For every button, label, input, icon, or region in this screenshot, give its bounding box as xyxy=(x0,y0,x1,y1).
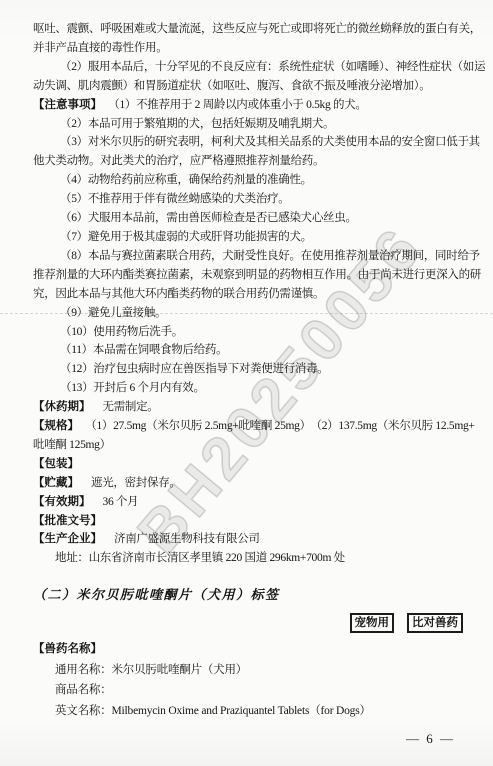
section-label: 【生产企业】 xyxy=(33,533,102,545)
section-label: 【注意事项】 xyxy=(33,99,102,111)
badge-compare-vet-drug: 比对兽药 xyxy=(407,613,463,633)
doc-line: （13）开封后 6 个月内有效。 xyxy=(33,379,465,398)
badge-row: 宠物用 比对兽药 xyxy=(33,613,465,633)
field-generic-name: 通用名称：米尔贝肟吡喹酮片（犬用） xyxy=(33,660,465,681)
doc-line: （10）使用药物后洗手。 xyxy=(33,323,465,342)
section-label: 【有效期】 xyxy=(33,496,91,508)
section-label: 【规格】 xyxy=(33,420,79,432)
doc-line: 吡喹酮 125mg） xyxy=(33,436,465,455)
doc-line: （6）犬服用本品前，需由兽医师检查是否已感染犬心丝虫。 xyxy=(33,209,465,228)
doc-line: （11）本品需在饲喂食物后给药。 xyxy=(33,341,465,360)
doc-line-precautions: 【注意事项】（1）不推荐用于 2 周龄以内或体重小于 0.5kg 的犬。 xyxy=(33,96,465,115)
doc-line: 动失调、肌肉震颤）和胃肠道症状（如呕吐、腹泻、食欲不振及唾液分泌增加）。 xyxy=(33,77,465,96)
doc-line: （12）治疗包虫病时应在兽医指导下对粪便进行消毒。 xyxy=(33,360,465,379)
scanned-document-page: BH20250056 呕吐、震颤、呼吸困难或大量流涎，这些反应与死亡或即将死亡的… xyxy=(0,0,493,766)
doc-line: （9）避免儿童接触。 xyxy=(33,304,465,323)
doc-line-address: 地址：山东省济南市长清区孝里镇 220 国道 296km+700m 处 xyxy=(33,549,465,568)
section-label: 【休药期】 xyxy=(33,401,91,413)
doc-line-manufacturer: 【生产企业】济南广盛源生物科技有限公司 xyxy=(33,530,465,549)
drug-name-section: 【兽药名称】 通用名称：米尔贝肟吡喹酮片（犬用） 商品名称： 英文名称：Milb… xyxy=(33,639,465,721)
doc-line: （5）不推荐用于伴有微丝蚴感染的犬类治疗。 xyxy=(33,190,465,209)
doc-line-approval-number: 【批准文号】 xyxy=(33,512,465,531)
document-body: 呕吐、震颤、呼吸困难或大量流涎，这些反应与死亡或即将死亡的微丝蚴释放的蛋白有关，… xyxy=(33,20,465,721)
field-english-name: 英文名称：Milbemycin Oxime and Praziquantel T… xyxy=(33,701,465,722)
section-label: 【包装】 xyxy=(33,458,79,470)
doc-line-withdrawal: 【休药期】无需制定。 xyxy=(33,398,465,417)
doc-line: 推荐剂量的大环内酯类赛拉菌素，未观察到明显的药物相互作用。由于尚未进行更深入的研 xyxy=(33,266,465,285)
doc-line-storage: 【贮藏】遮光，密封保存。 xyxy=(33,474,465,493)
drug-name-header: 【兽药名称】 xyxy=(33,639,465,660)
badge-pet-use: 宠物用 xyxy=(350,613,395,633)
section-label: 【贮藏】 xyxy=(33,477,79,489)
doc-line: 呕吐、震颤、呼吸困难或大量流涎，这些反应与死亡或即将死亡的微丝蚴释放的蛋白有关， xyxy=(33,20,465,39)
doc-line: （2）服用本品后，十分罕见的不良反应有：系统性症状（如嗜睡）、神经性症状（如运 xyxy=(33,58,465,77)
doc-line: 并非产品直接的毒性作用。 xyxy=(33,39,465,58)
section-label: 【批准文号】 xyxy=(33,515,102,527)
doc-line-shelf-life: 【有效期】36 个月 xyxy=(33,493,465,512)
doc-line: 究，因此本品与其他大环内酯类药物的联合用药仍需谨慎。 xyxy=(33,285,465,304)
doc-line: （8）本品与赛拉菌素联合用药，犬耐受性良好。在使用推荐剂量治疗期间，同时给予 xyxy=(33,247,465,266)
doc-line: （2）本品可用于繁殖期的犬，包括妊娠期及哺乳期犬。 xyxy=(33,115,465,134)
section-heading: （二）米尔贝肟吡喹酮片（犬用）标签 xyxy=(33,585,465,604)
page-number: — 6 — xyxy=(406,731,455,747)
doc-line-packaging: 【包装】 xyxy=(33,455,465,474)
doc-line-specification: 【规格】（1）27.5mg（米尔贝肟 2.5mg+吡喹酮 25mg） （2）13… xyxy=(33,417,465,436)
doc-line: （3）对米尔贝肟的研究表明，柯利犬及其相关品系的犬类使用本品的安全窗口低于其 xyxy=(33,133,465,152)
doc-line: 他犬类动物。对此类犬的治疗，应严格遵照推荐剂量给药。 xyxy=(33,152,465,171)
doc-line: （4）动物给药前应称重，确保给药剂量的准确性。 xyxy=(33,171,465,190)
field-trade-name: 商品名称： xyxy=(33,680,465,701)
doc-line: （7）避免用于极其虚弱的犬或肝肾功能损害的犬。 xyxy=(33,228,465,247)
